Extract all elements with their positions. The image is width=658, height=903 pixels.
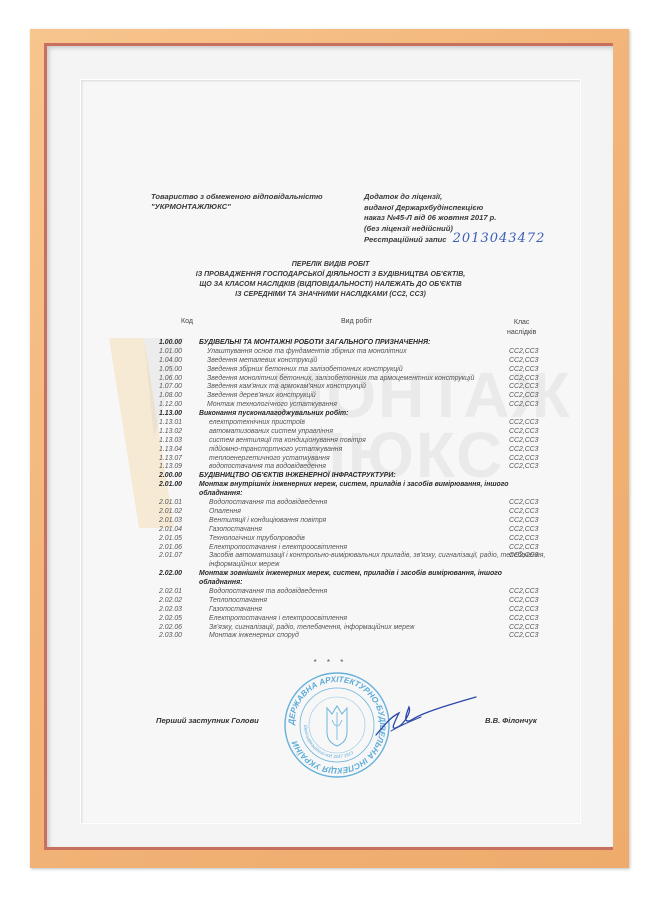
row-consequence-class: СС2,СС3 <box>509 401 569 410</box>
row-code: 1.01.00 <box>159 348 199 357</box>
table-row: 2.02.01Водопостачання та водовідведенняС… <box>159 588 579 597</box>
table-row: 1.13.00Виконання пусконалагоджувальних р… <box>159 410 579 419</box>
document-content: Товариство з обмеженою відповідальністю … <box>81 80 580 823</box>
title-line-2: ІЗ ПРОВАДЖЕННЯ ГОСПОДАРСЬКОЇ ДІЯЛЬНОСТІ … <box>81 270 580 280</box>
picture-frame: МОНТАЖ ЛЮКС Товариство з обмеженою відпо… <box>30 29 629 868</box>
row-code: 1.04.00 <box>159 357 199 366</box>
table-row: 1.12.00Монтаж технологічного устаткуванн… <box>159 401 579 410</box>
table-row: 2.01.01Водопостачання та водовідведенняС… <box>159 499 579 508</box>
row-code: 2.02.05 <box>159 615 199 624</box>
table-row: 2.02.00Монтаж зовнішніх інженерних мереж… <box>159 570 579 588</box>
row-work-type: Монтаж технологічного устаткування <box>207 401 527 410</box>
registry-number: 2013043472 <box>453 231 546 246</box>
row-work-type: БУДІВЕЛЬНІ ТА МОНТАЖНІ РОБОТИ ЗАГАЛЬНОГО… <box>199 339 519 348</box>
row-work-type: підйомно-транспортного устаткування <box>209 446 529 455</box>
row-consequence-class: СС2,СС3 <box>509 499 569 508</box>
row-code: 2.02.01 <box>159 588 199 597</box>
row-consequence-class: СС2,СС3 <box>509 348 569 357</box>
row-work-type: Опалення <box>209 508 529 517</box>
row-code: 1.13.09 <box>159 463 199 472</box>
row-code: 2.01.02 <box>159 508 199 517</box>
row-consequence-class: СС2,СС3 <box>509 606 569 615</box>
row-code: 2.02.03 <box>159 606 199 615</box>
row-work-type: Монтаж інженерних споруд <box>209 632 529 641</box>
row-consequence-class: СС2,СС3 <box>509 552 569 561</box>
row-work-type: Засобів автоматизації і контрольно-вимір… <box>209 552 549 570</box>
table-row: 1.13.04підйомно-транспортного устаткуван… <box>159 446 579 455</box>
signatory-name: В.В. Філончук <box>485 716 537 725</box>
row-consequence-class: СС2,СС3 <box>509 517 569 526</box>
registry-line: Реєстраційний запис 2013043472 <box>364 234 545 246</box>
frame-accent-line: МОНТАЖ ЛЮКС Товариство з обмеженою відпо… <box>44 43 613 850</box>
handwritten-signature-icon <box>371 695 481 745</box>
table-row: 2.03.00Монтаж інженерних спорудСС2,СС3 <box>159 632 579 641</box>
signatory-position: Перший заступник Голови <box>156 716 259 725</box>
table-row: 1.08.00Зведення дерев'яних конструкційСС… <box>159 392 579 401</box>
row-work-type: Зведення збірних бетонних та залізобетон… <box>207 366 527 375</box>
row-work-type: Водопостачання та водовідведення <box>209 588 529 597</box>
row-code: 2.01.00 <box>159 481 199 490</box>
row-work-type: Монтаж зовнішніх інженерних мереж, систе… <box>199 570 539 588</box>
row-consequence-class: СС2,СС3 <box>509 392 569 401</box>
table-row: 2.01.00Монтаж внутрішніх інженерних мере… <box>159 481 579 499</box>
row-code: 1.12.00 <box>159 401 199 410</box>
company-block: Товариство з обмеженою відповідальністю … <box>151 192 323 212</box>
column-header-class-line1: Клас <box>507 318 536 328</box>
table-row: 1.13.03систем вентиляції та кондиціонува… <box>159 437 579 446</box>
column-header-class-line2: наслідків <box>507 328 536 338</box>
title-line-4: ІЗ СЕРЕДНІМИ ТА ЗНАЧНИМИ НАСЛІДКАМИ (СС2… <box>81 290 580 300</box>
company-name: "УКРМОНТАЖЛЮКС" <box>151 202 323 212</box>
row-consequence-class: СС2,СС3 <box>509 624 569 633</box>
document-title: ПЕРЕЛІК ВИДІВ РОБІТ ІЗ ПРОВАДЖЕННЯ ГОСПО… <box>81 260 580 300</box>
license-document: МОНТАЖ ЛЮКС Товариство з обмеженою відпо… <box>81 80 580 823</box>
row-consequence-class: СС2,СС3 <box>509 357 569 366</box>
row-code: 1.13.07 <box>159 455 199 464</box>
table-row: 1.07.00Зведення кам'яних та армокам'яних… <box>159 383 579 392</box>
row-work-type: Газопостачання <box>209 526 529 535</box>
row-work-type: систем вентиляції та кондиціонування пов… <box>209 437 529 446</box>
row-code: 1.13.00 <box>159 410 199 419</box>
row-code: 2.01.06 <box>159 544 199 553</box>
row-code: 2.01.07 <box>159 552 199 561</box>
row-work-type: Водопостачання та водовідведення <box>209 499 529 508</box>
table-row: 1.13.02автоматизованих систем управління… <box>159 428 579 437</box>
row-code: 2.01.04 <box>159 526 199 535</box>
column-header-code: Код <box>181 318 193 325</box>
table-row: 2.01.07Засобів автоматизації і контрольн… <box>159 552 579 570</box>
row-code: 2.02.00 <box>159 570 199 579</box>
row-consequence-class: СС2,СС3 <box>509 455 569 464</box>
row-code: 2.01.01 <box>159 499 199 508</box>
separator-stars: * * * <box>81 658 580 667</box>
column-header-class: Клас наслідків <box>507 318 536 337</box>
row-work-type: Електропостачання і електроосвітлення <box>209 615 529 624</box>
row-code: 2.01.03 <box>159 517 199 526</box>
row-work-type: БУДІВНИЦТВО ОБ'ЄКТІВ ІНЖЕНЕРНОЇ ІНФРАСТР… <box>199 472 519 481</box>
row-work-type: Зведення металевих конструкцій <box>207 357 527 366</box>
row-work-type: Виконання пусконалагоджувальних робіт: <box>199 410 519 419</box>
table-row: 2.01.03Вентиляції і кондиціювання повітр… <box>159 517 579 526</box>
row-code: 2.01.05 <box>159 535 199 544</box>
annex-line-2: виданої Держархбудінспекцією <box>364 203 545 214</box>
row-work-type: Монтаж внутрішніх інженерних мереж, сист… <box>199 481 539 499</box>
row-code: 2.00.00 <box>159 472 199 481</box>
row-work-type: Технологічних трубопроводів <box>209 535 529 544</box>
table-row: 2.01.04ГазопостачанняСС2,СС3 <box>159 526 579 535</box>
annex-line-3: наказ №45-Л від 06 жовтня 2017 р. <box>364 213 545 224</box>
row-consequence-class: СС2,СС3 <box>509 437 569 446</box>
row-consequence-class: СС2,СС3 <box>509 375 569 384</box>
row-work-type: Зведення дерев'яних конструкцій <box>207 392 527 401</box>
row-consequence-class: СС2,СС3 <box>509 535 569 544</box>
row-work-type: Теплопостачання <box>209 597 529 606</box>
row-consequence-class: СС2,СС3 <box>509 526 569 535</box>
row-code: 1.13.04 <box>159 446 199 455</box>
table-row: 1.04.00Зведення металевих конструкційСС2… <box>159 357 579 366</box>
row-code: 1.06.00 <box>159 375 199 384</box>
row-code: 1.05.00 <box>159 366 199 375</box>
row-code: 2.03.00 <box>159 632 199 641</box>
table-row: 2.02.05Електропостачання і електроосвітл… <box>159 615 579 624</box>
row-consequence-class: СС2,СС3 <box>509 419 569 428</box>
row-code: 1.00.00 <box>159 339 199 348</box>
annex-line-1: Додаток до ліцензії, <box>364 192 545 203</box>
row-code: 2.02.06 <box>159 624 199 633</box>
row-consequence-class: СС2,СС3 <box>509 428 569 437</box>
row-code: 1.07.00 <box>159 383 199 392</box>
row-work-type: Улаштування основ та фундаментів збірних… <box>207 348 527 357</box>
table-row: 1.00.00БУДІВЕЛЬНІ ТА МОНТАЖНІ РОБОТИ ЗАГ… <box>159 339 579 348</box>
row-work-type: електротехнічних пристроїв <box>209 419 529 428</box>
annex-block: Додаток до ліцензії, виданої Держархбуді… <box>364 192 545 246</box>
table-row: 1.13.01електротехнічних пристроївСС2,СС3 <box>159 419 579 428</box>
title-line-3: ЩО ЗА КЛАСОМ НАСЛІДКІВ (ВІДПОВІДАЛЬНОСТІ… <box>81 280 580 290</box>
company-type: Товариство з обмеженою відповідальністю <box>151 192 323 202</box>
row-consequence-class: СС2,СС3 <box>509 366 569 375</box>
row-consequence-class: СС2,СС3 <box>509 383 569 392</box>
row-consequence-class: СС2,СС3 <box>509 463 569 472</box>
row-code: 1.13.01 <box>159 419 199 428</box>
row-consequence-class: СС2,СС3 <box>509 597 569 606</box>
row-consequence-class: СС2,СС3 <box>509 588 569 597</box>
table-row: 1.01.00Улаштування основ та фундаментів … <box>159 348 579 357</box>
registry-label: Реєстраційний запис <box>364 235 447 244</box>
row-code: 1.08.00 <box>159 392 199 401</box>
table-row: 2.01.05Технологічних трубопроводівСС2,СС… <box>159 535 579 544</box>
row-code: 1.13.03 <box>159 437 199 446</box>
row-work-type: Газопостачання <box>209 606 529 615</box>
table-row: 2.01.02ОпаленняСС2,СС3 <box>159 508 579 517</box>
row-consequence-class: СС2,СС3 <box>509 508 569 517</box>
column-header-work: Вид робіт <box>341 318 372 325</box>
row-consequence-class: СС2,СС3 <box>509 446 569 455</box>
table-row: 2.00.00БУДІВНИЦТВО ОБ'ЄКТІВ ІНЖЕНЕРНОЇ І… <box>159 472 579 481</box>
row-consequence-class: СС2,СС3 <box>509 615 569 624</box>
row-work-type: Вентиляції і кондиціювання повітря <box>209 517 529 526</box>
row-work-type: автоматизованих систем управління <box>209 428 529 437</box>
row-code: 1.13.02 <box>159 428 199 437</box>
table-row: 2.02.02ТеплопостачанняСС2,СС3 <box>159 597 579 606</box>
table-row: 2.02.03ГазопостачанняСС2,СС3 <box>159 606 579 615</box>
works-table: 1.00.00БУДІВЕЛЬНІ ТА МОНТАЖНІ РОБОТИ ЗАГ… <box>159 339 579 641</box>
table-row: 1.05.00Зведення збірних бетонних та залі… <box>159 366 579 375</box>
row-consequence-class: СС2,СС3 <box>509 632 569 641</box>
passe-partout-mat: МОНТАЖ ЛЮКС Товариство з обмеженою відпо… <box>47 46 613 847</box>
row-code: 2.02.02 <box>159 597 199 606</box>
title-line-1: ПЕРЕЛІК ВИДІВ РОБІТ <box>81 260 580 270</box>
